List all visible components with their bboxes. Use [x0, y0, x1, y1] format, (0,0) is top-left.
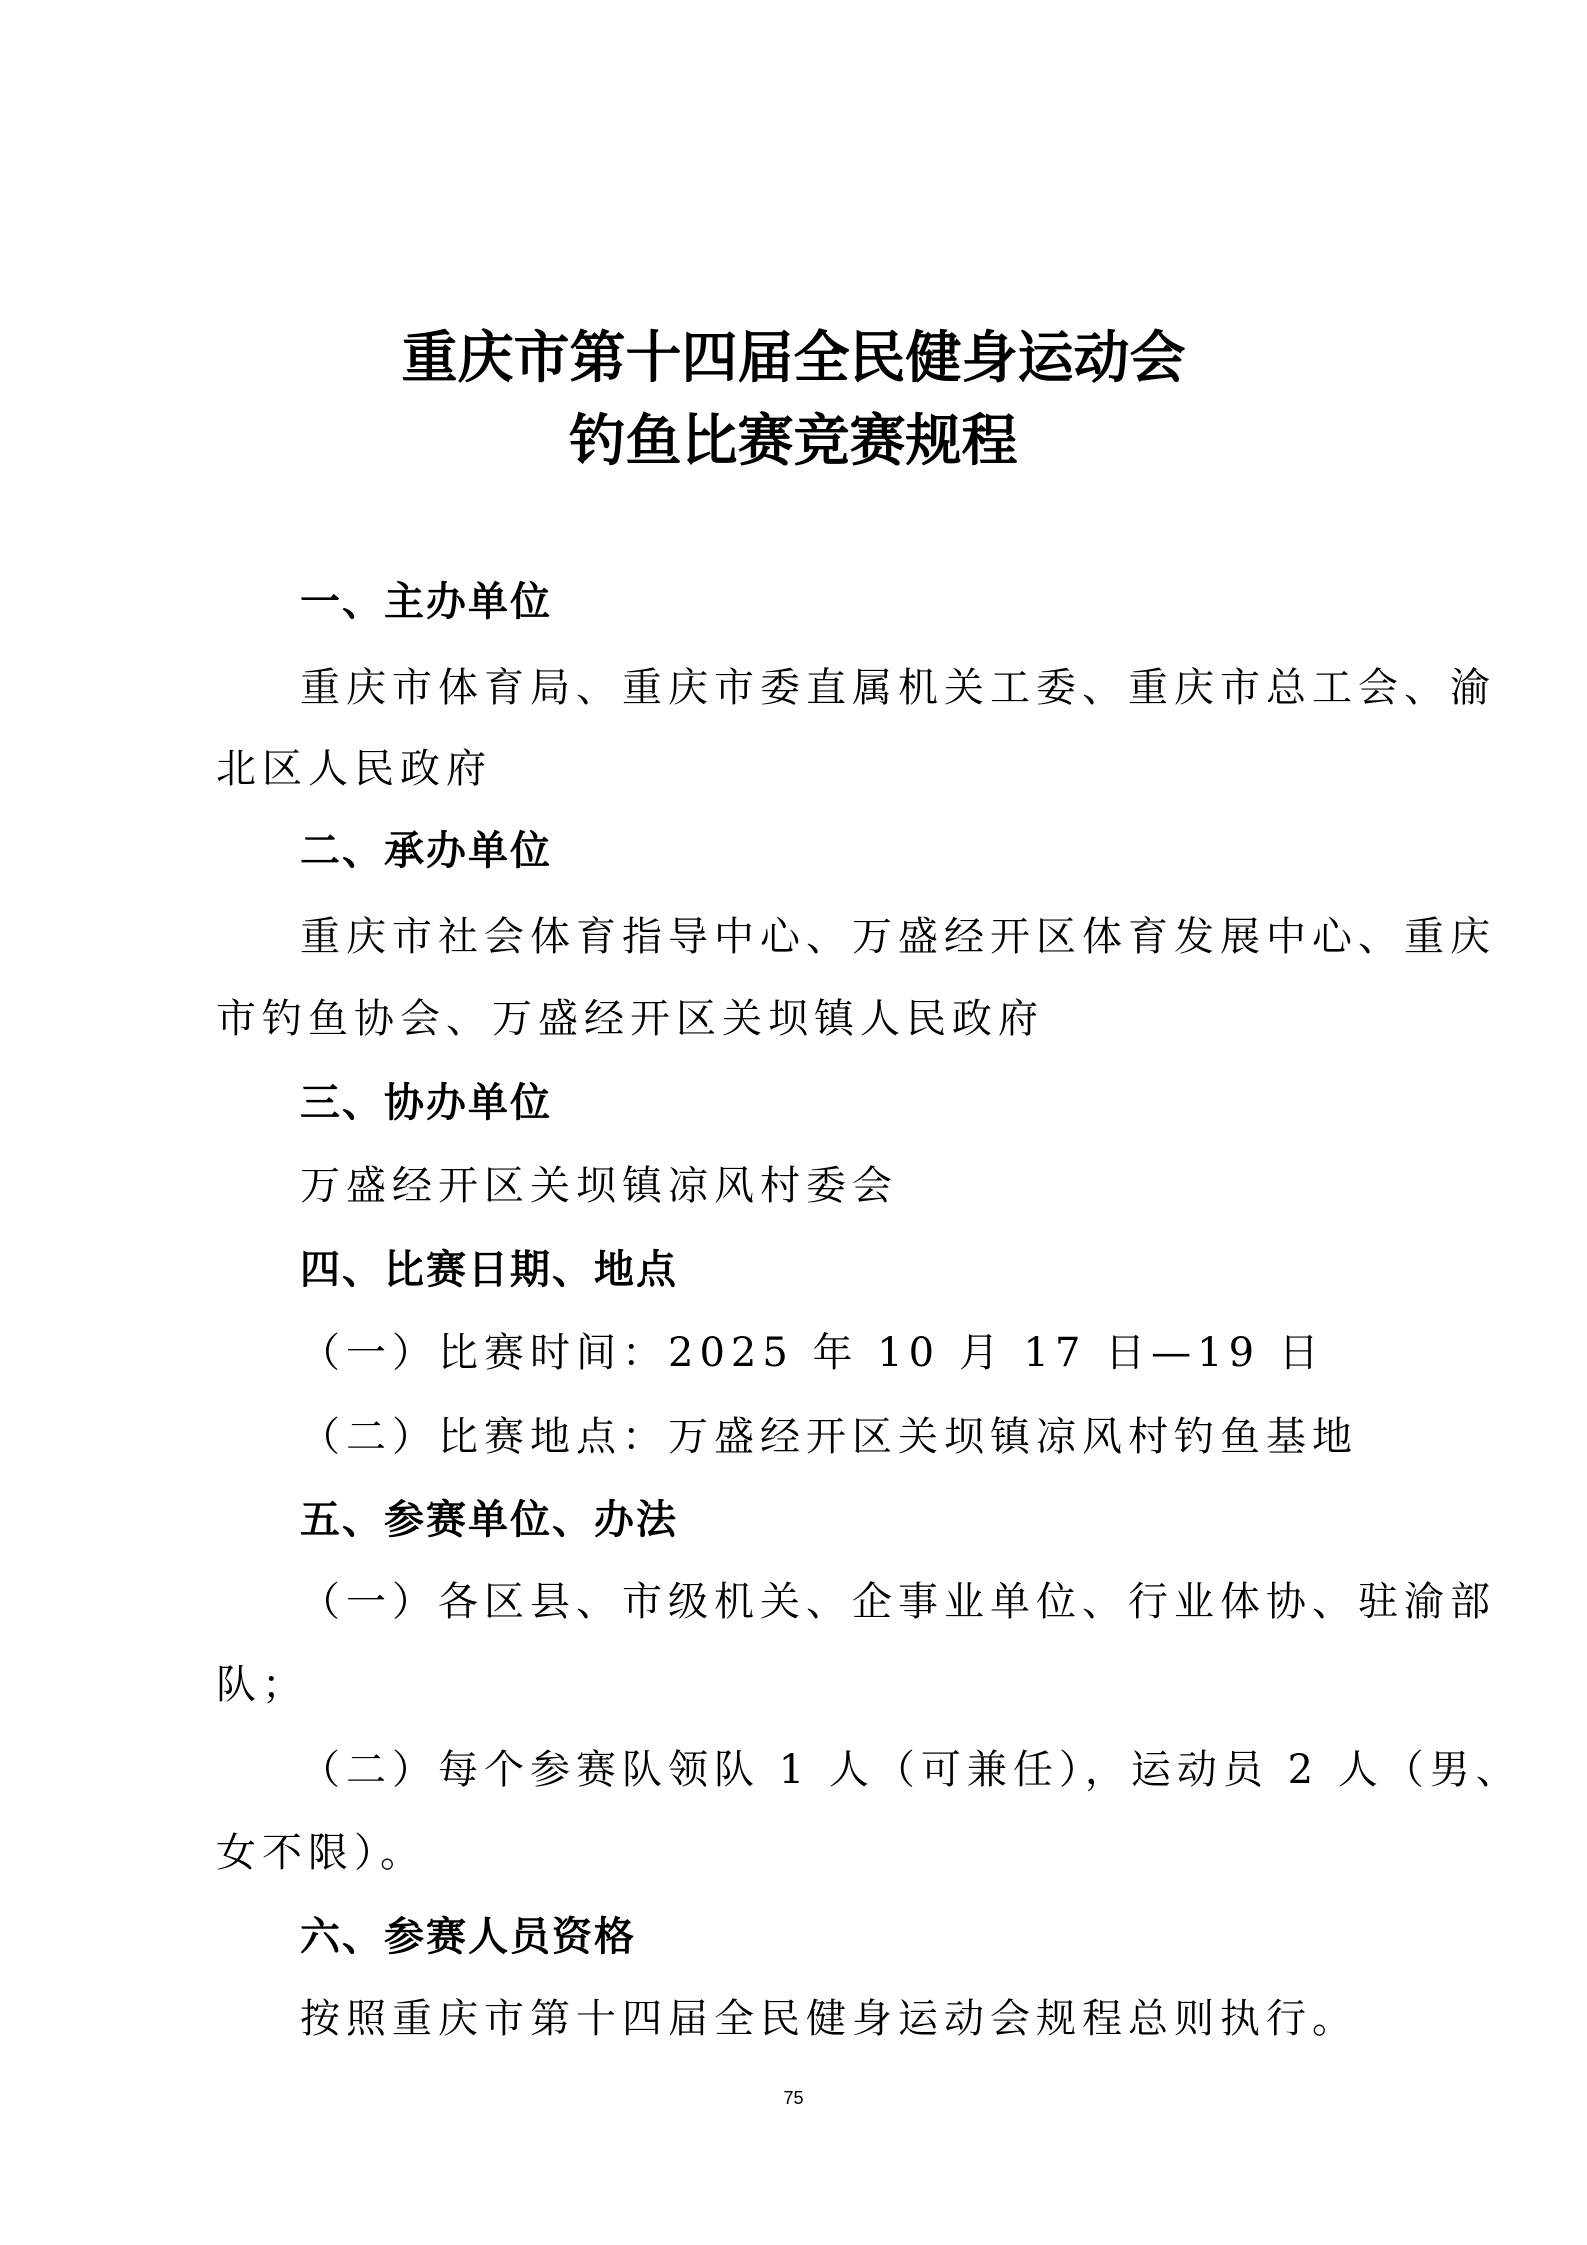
section-heading-eligibility: 六、参赛人员资格: [300, 1907, 636, 1967]
paragraph-line: 按照重庆市第十四届全民健身运动会规程总则执行。: [300, 1989, 1358, 2049]
paragraph-line: 重庆市体育局、重庆市委直属机关工委、重庆市总工会、渝: [300, 658, 1385, 718]
document-title-line-1: 重庆市第十四届全民健身运动会: [0, 323, 1587, 393]
section-heading-date-venue: 四、比赛日期、地点: [300, 1240, 678, 1300]
paragraph-line: （一）比赛时间：2025 年 10 月 17 日—19 日: [300, 1323, 1325, 1383]
section-heading-co-organizer: 三、协办单位: [300, 1073, 552, 1133]
section-heading-host: 二、承办单位: [300, 821, 552, 881]
paragraph-line: 女不限）。: [216, 1823, 426, 1883]
paragraph-line: 队；: [216, 1655, 308, 1715]
document-page: 重庆市第十四届全民健身运动会 钓鱼比赛竞赛规程 一、主办单位 重庆市体育局、重庆…: [0, 0, 1587, 2245]
paragraph-line: （二）比赛地点：万盛经开区关坝镇凉风村钓鱼基地: [300, 1407, 1358, 1467]
section-heading-organizer: 一、主办单位: [300, 572, 552, 632]
paragraph-line: 重庆市社会体育指导中心、万盛经开区体育发展中心、重庆: [300, 907, 1385, 967]
paragraph-line: 市钓鱼协会、万盛经开区关坝镇人民政府: [216, 989, 1044, 1049]
paragraph-line: （一）各区县、市级机关、企事业单位、行业体协、驻渝部: [300, 1572, 1385, 1632]
paragraph-line: 北区人民政府: [216, 739, 492, 799]
paragraph-line: 万盛经开区关坝镇凉风村委会: [300, 1156, 898, 1216]
page-number: 75: [0, 2086, 1587, 2110]
document-title-line-2: 钓鱼比赛竞赛规程: [0, 406, 1587, 476]
paragraph-line: （二）每个参赛队领队 1 人（可兼任），运动员 2 人（男、: [300, 1740, 1385, 1800]
section-heading-participants: 五、参赛单位、办法: [300, 1490, 678, 1550]
